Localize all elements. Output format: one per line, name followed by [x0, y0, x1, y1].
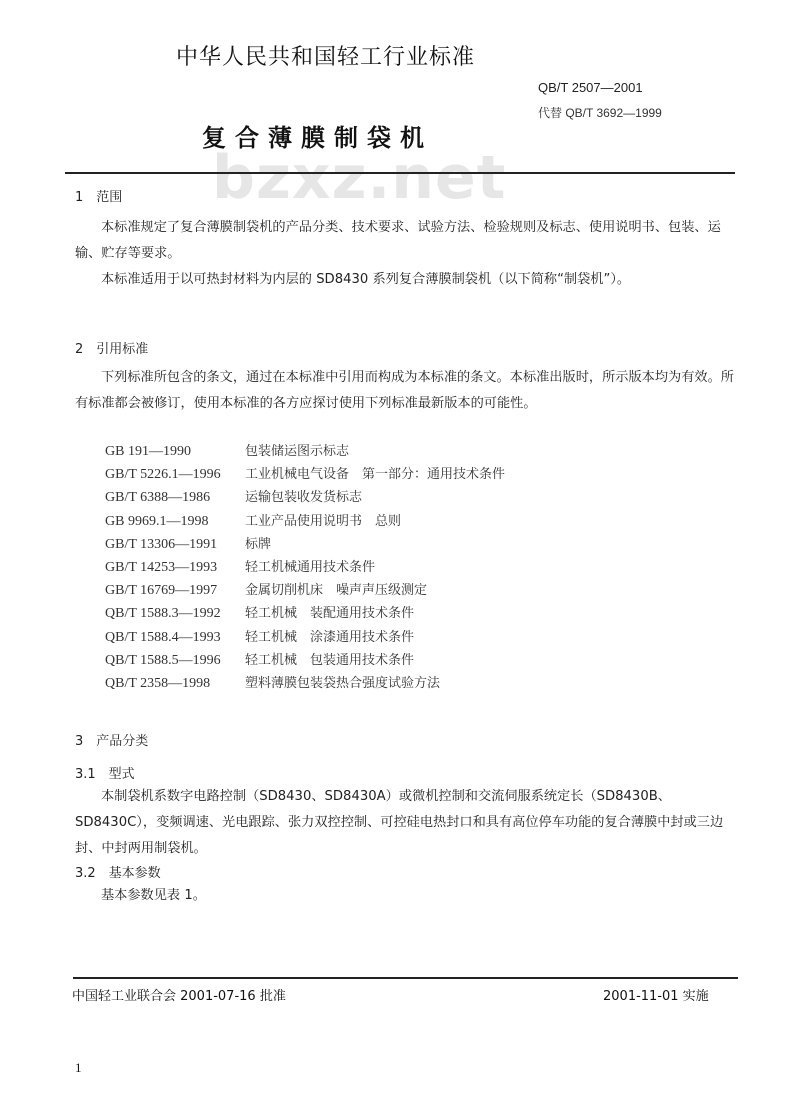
- paragraph: 本制袋机系数字电路控制（SD8430、SD8430A）或微机控制和交流伺服系统定…: [75, 784, 735, 862]
- section-heading: 2 引用标准: [75, 338, 735, 357]
- reference-list: GB 191—1990包装储运图示标志 GB/T 5226.1—1996工业机械…: [105, 440, 725, 695]
- subsection-heading: 3.1 型式: [75, 763, 735, 782]
- reference-item: QB/T 2358—1998塑料薄膜包装袋热合强度试验方法: [105, 672, 725, 695]
- reference-code: QB/T 1588.4—1993: [105, 630, 245, 646]
- reference-code: GB/T 13306—1991: [105, 537, 245, 553]
- reference-item: GB/T 16769—1997金属切削机床 噪声声压级测定: [105, 579, 725, 602]
- reference-title: 工业产品使用说明书 总则: [245, 514, 401, 529]
- approval-info: 中国轻工业联合会 2001-07-16 批准: [72, 985, 286, 1004]
- reference-title: 包装储运图示标志: [245, 444, 349, 459]
- reference-code: GB 9969.1—1998: [105, 514, 245, 530]
- paragraph: 本标准规定了复合薄膜制袋机的产品分类、技术要求、试验方法、检验规则及标志、使用说…: [75, 215, 735, 267]
- footer-divider: [73, 977, 738, 979]
- reference-title: 运输包装收发货标志: [245, 490, 362, 505]
- reference-title: 工业机械电气设备 第一部分：通用技术条件: [245, 467, 505, 482]
- subsection-heading: 3.2 基本参数: [75, 862, 735, 881]
- section-3: 3 产品分类 3.1 型式 本制袋机系数字电路控制（SD8430、SD8430A…: [75, 730, 735, 909]
- section-heading: 1 范围: [75, 186, 735, 205]
- reference-item: GB/T 14253—1993轻工机械通用技术条件: [105, 556, 725, 579]
- page-number: 1: [75, 1060, 82, 1076]
- reference-title: 塑料薄膜包装袋热合强度试验方法: [245, 676, 440, 691]
- reference-item: GB/T 6388—1986运输包装收发货标志: [105, 486, 725, 509]
- reference-code: GB/T 14253—1993: [105, 560, 245, 576]
- reference-item: QB/T 1588.3—1992轻工机械 装配通用技术条件: [105, 602, 725, 625]
- org-title: 中华人民共和国轻工行业标准: [176, 40, 475, 71]
- section-heading: 3 产品分类: [75, 730, 735, 749]
- reference-item: GB 191—1990包装储运图示标志: [105, 440, 725, 463]
- standard-number: QB/T 2507—2001: [538, 80, 643, 95]
- reference-code: GB/T 6388—1986: [105, 490, 245, 506]
- paragraph: 基本参数见表 1。: [75, 883, 735, 909]
- reference-item: QB/T 1588.5—1996轻工机械 包装通用技术条件: [105, 649, 725, 672]
- reference-item: GB/T 5226.1—1996工业机械电气设备 第一部分：通用技术条件: [105, 463, 725, 486]
- paragraph: 本标准适用于以可热封材料为内层的 SD8430 系列复合薄膜制袋机（以下简称“制…: [75, 267, 735, 293]
- reference-code: GB 191—1990: [105, 444, 245, 460]
- reference-title: 金属切削机床 噪声声压级测定: [245, 583, 427, 598]
- reference-code: GB/T 5226.1—1996: [105, 467, 245, 483]
- reference-code: QB/T 2358—1998: [105, 676, 245, 692]
- reference-item: GB/T 13306—1991标牌: [105, 533, 725, 556]
- header-divider: [65, 172, 735, 174]
- reference-code: QB/T 1588.5—1996: [105, 653, 245, 669]
- reference-title: 标牌: [245, 537, 271, 552]
- reference-code: GB/T 16769—1997: [105, 583, 245, 599]
- reference-code: QB/T 1588.3—1992: [105, 606, 245, 622]
- reference-title: 轻工机械通用技术条件: [245, 560, 375, 575]
- paragraph: 下列标准所包含的条文，通过在本标准中引用而构成为本标准的条文。本标准出版时，所示…: [75, 365, 735, 417]
- reference-item: GB 9969.1—1998工业产品使用说明书 总则: [105, 510, 725, 533]
- reference-title: 轻工机械 装配通用技术条件: [245, 606, 414, 621]
- reference-title: 轻工机械 涂漆通用技术条件: [245, 630, 414, 645]
- reference-title: 轻工机械 包装通用技术条件: [245, 653, 414, 668]
- replaces-standard: 代替 QB/T 3692—1999: [538, 104, 662, 121]
- section-2: 2 引用标准 下列标准所包含的条文，通过在本标准中引用而构成为本标准的条文。本标…: [75, 338, 735, 417]
- reference-item: QB/T 1588.4—1993轻工机械 涂漆通用技术条件: [105, 626, 725, 649]
- section-1: 1 范围 本标准规定了复合薄膜制袋机的产品分类、技术要求、试验方法、检验规则及标…: [75, 186, 735, 293]
- implementation-date: 2001-11-01 实施: [603, 985, 709, 1004]
